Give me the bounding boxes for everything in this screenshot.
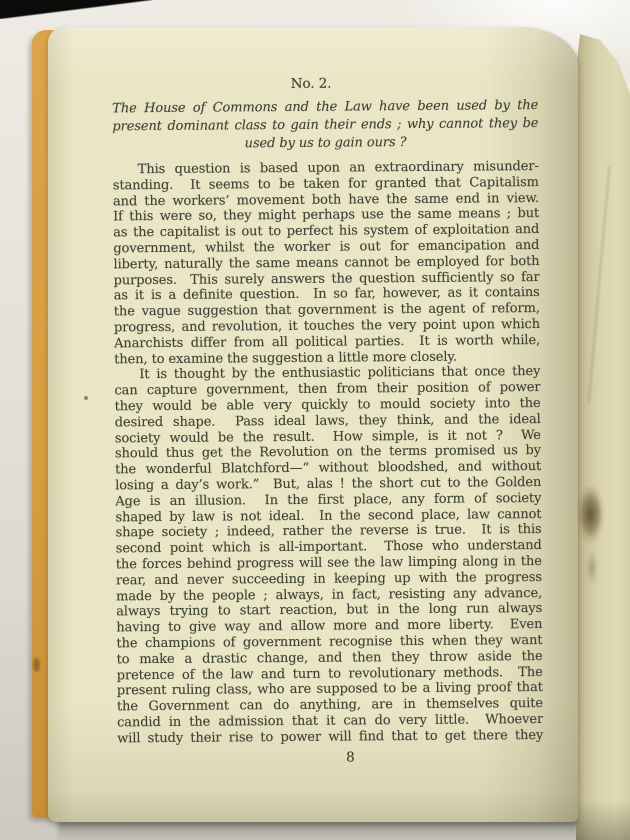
text-line: present dominant class to gain their end… <box>112 115 538 136</box>
paper-speck <box>84 396 88 400</box>
page-text: No. 2. The House of Commons and the Law … <box>112 74 543 768</box>
section-number: No. 2. <box>112 74 538 97</box>
question-heading: The House of Commons and the Law have be… <box>112 97 538 154</box>
book-page: No. 2. The House of Commons and the Law … <box>48 27 578 822</box>
photo-background: No. 2. The House of Commons and the Law … <box>0 0 630 840</box>
page-number: 8 <box>117 748 543 767</box>
paragraph: This question is based upon an extraordi… <box>113 159 541 368</box>
text-line: used by us to gain ours ? <box>112 133 538 154</box>
stain-mark-tail <box>585 550 599 594</box>
cover-wear-mark <box>33 658 40 672</box>
text-line: Anarchists differ from all political par… <box>114 333 540 352</box>
paragraph: It is thought by the enthusiastic politi… <box>114 364 543 746</box>
stain-mark <box>577 486 609 560</box>
text-line: will study their rise to power will find… <box>117 728 543 747</box>
facing-page-edge <box>576 28 630 840</box>
shadow-corner <box>0 0 152 19</box>
